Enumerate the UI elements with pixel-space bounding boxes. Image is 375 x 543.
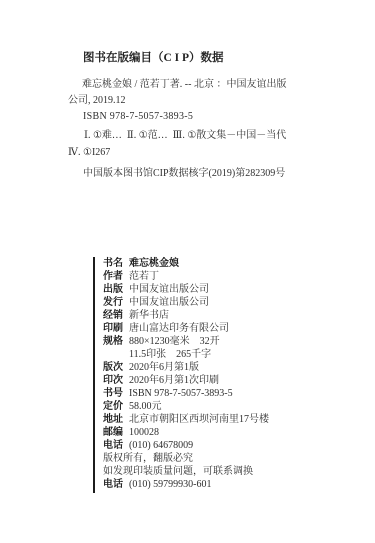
colophon-row-price: 定价58.00元 [93,400,269,413]
row-label: 作者 [103,270,129,283]
row-label: 定价 [103,400,129,413]
row-label: 书号 [103,387,129,400]
cip-entry-line1: 难忘桃金娘 / 范若丁著. -- 北京 ：中国友谊出版 [82,79,286,91]
colophon-row-copyright-notice: 版权所有，翻版必究 [93,452,269,465]
row-label: 书名 [103,257,129,270]
colophon-row-address: 地址北京市朝阳区西坝河南里17号楼 [93,413,269,426]
cip-classification-line2: Ⅳ. ①I267 [68,147,110,159]
row-label: 经销 [103,309,129,322]
colophon-rows: 书名难忘桃金娘 作者范若丁 出版中国友谊出版公司 发行中国友谊出版公司 经销新华… [93,257,269,491]
colophon-row-phone: 电话(010) 64678009 [93,439,269,452]
row-label: 版次 [103,361,129,374]
row-label: 电话 [103,439,129,452]
row-label: 邮编 [103,426,129,439]
colophon-row-impression: 印次2020年6月第1次印刷 [93,374,269,387]
row-value: 中国友谊出版公司 [129,297,209,308]
cip-registration-number: 中国版本图书馆CIP数据核字(2019)第282309号 [83,168,285,180]
row-value: 2020年6月第1版 [129,362,199,373]
row-value: 唐山富达印务有限公司 [129,323,229,334]
copyright-page: 图书在版编目（C I P）数据 难忘桃金娘 / 范若丁著. -- 北京 ：中国友… [0,0,375,543]
row-label: 出版 [103,283,129,296]
row-value: 版权所有，翻版必究 [103,453,193,464]
colophon-row-title: 书名难忘桃金娘 [93,257,269,270]
row-value: 11.5印张 265千字 [129,349,211,360]
colophon-row-author: 作者范若丁 [93,270,269,283]
colophon-row-format2: 11.5印张 265千字 [93,348,269,361]
colophon-row-distributor: 发行中国友谊出版公司 [93,296,269,309]
row-value: 中国友谊出版公司 [129,284,209,295]
row-value: 880×1230毫米 32开 [129,336,220,347]
row-label: 发行 [103,296,129,309]
colophon-row-phone2: 电话(010) 59799930-601 [93,478,269,491]
row-value: 如发现印装质量问题，可联系调换 [103,466,253,477]
colophon-row-edition: 版次2020年6月第1版 [93,361,269,374]
row-value: 58.00元 [129,401,162,412]
cip-section-title: 图书在版编目（C I P）数据 [83,49,224,65]
colophon-row-format: 规格880×1230毫米 32开 [93,335,269,348]
colophon-row-publisher: 出版中国友谊出版公司 [93,283,269,296]
row-label: 电话 [103,478,129,491]
row-value: 范若丁 [129,271,159,282]
row-value: 2020年6月第1次印刷 [129,375,219,386]
row-value: (010) 64678009 [129,440,193,451]
row-value: 100028 [129,427,159,438]
row-label: 地址 [103,413,129,426]
colophon-row-seller: 经销新华书店 [93,309,269,322]
row-value: 难忘桃金娘 [129,258,179,269]
row-value: ISBN 978-7-5057-3893-5 [129,388,233,399]
row-value: 北京市朝阳区西坝河南里17号楼 [129,414,269,425]
row-value: 新华书店 [129,310,169,321]
colophon-row-isbn: 书号ISBN 978-7-5057-3893-5 [93,387,269,400]
cip-classification-line1: Ⅰ. ①难… Ⅱ. ①范… Ⅲ. ①散文集－中国－当代 [84,130,286,142]
row-label: 印次 [103,374,129,387]
colophon-row-printer: 印刷唐山富达印务有限公司 [93,322,269,335]
cip-entry-line2: 公司, 2019.12 [68,95,126,107]
colophon-row-postcode: 邮编100028 [93,426,269,439]
colophon-row-quality-notice: 如发现印装质量问题，可联系调换 [93,465,269,478]
row-value: (010) 59799930-601 [129,479,212,490]
row-label: 规格 [103,335,129,348]
row-label: 印刷 [103,322,129,335]
cip-isbn-line: ISBN 978-7-5057-3893-5 [83,111,193,123]
